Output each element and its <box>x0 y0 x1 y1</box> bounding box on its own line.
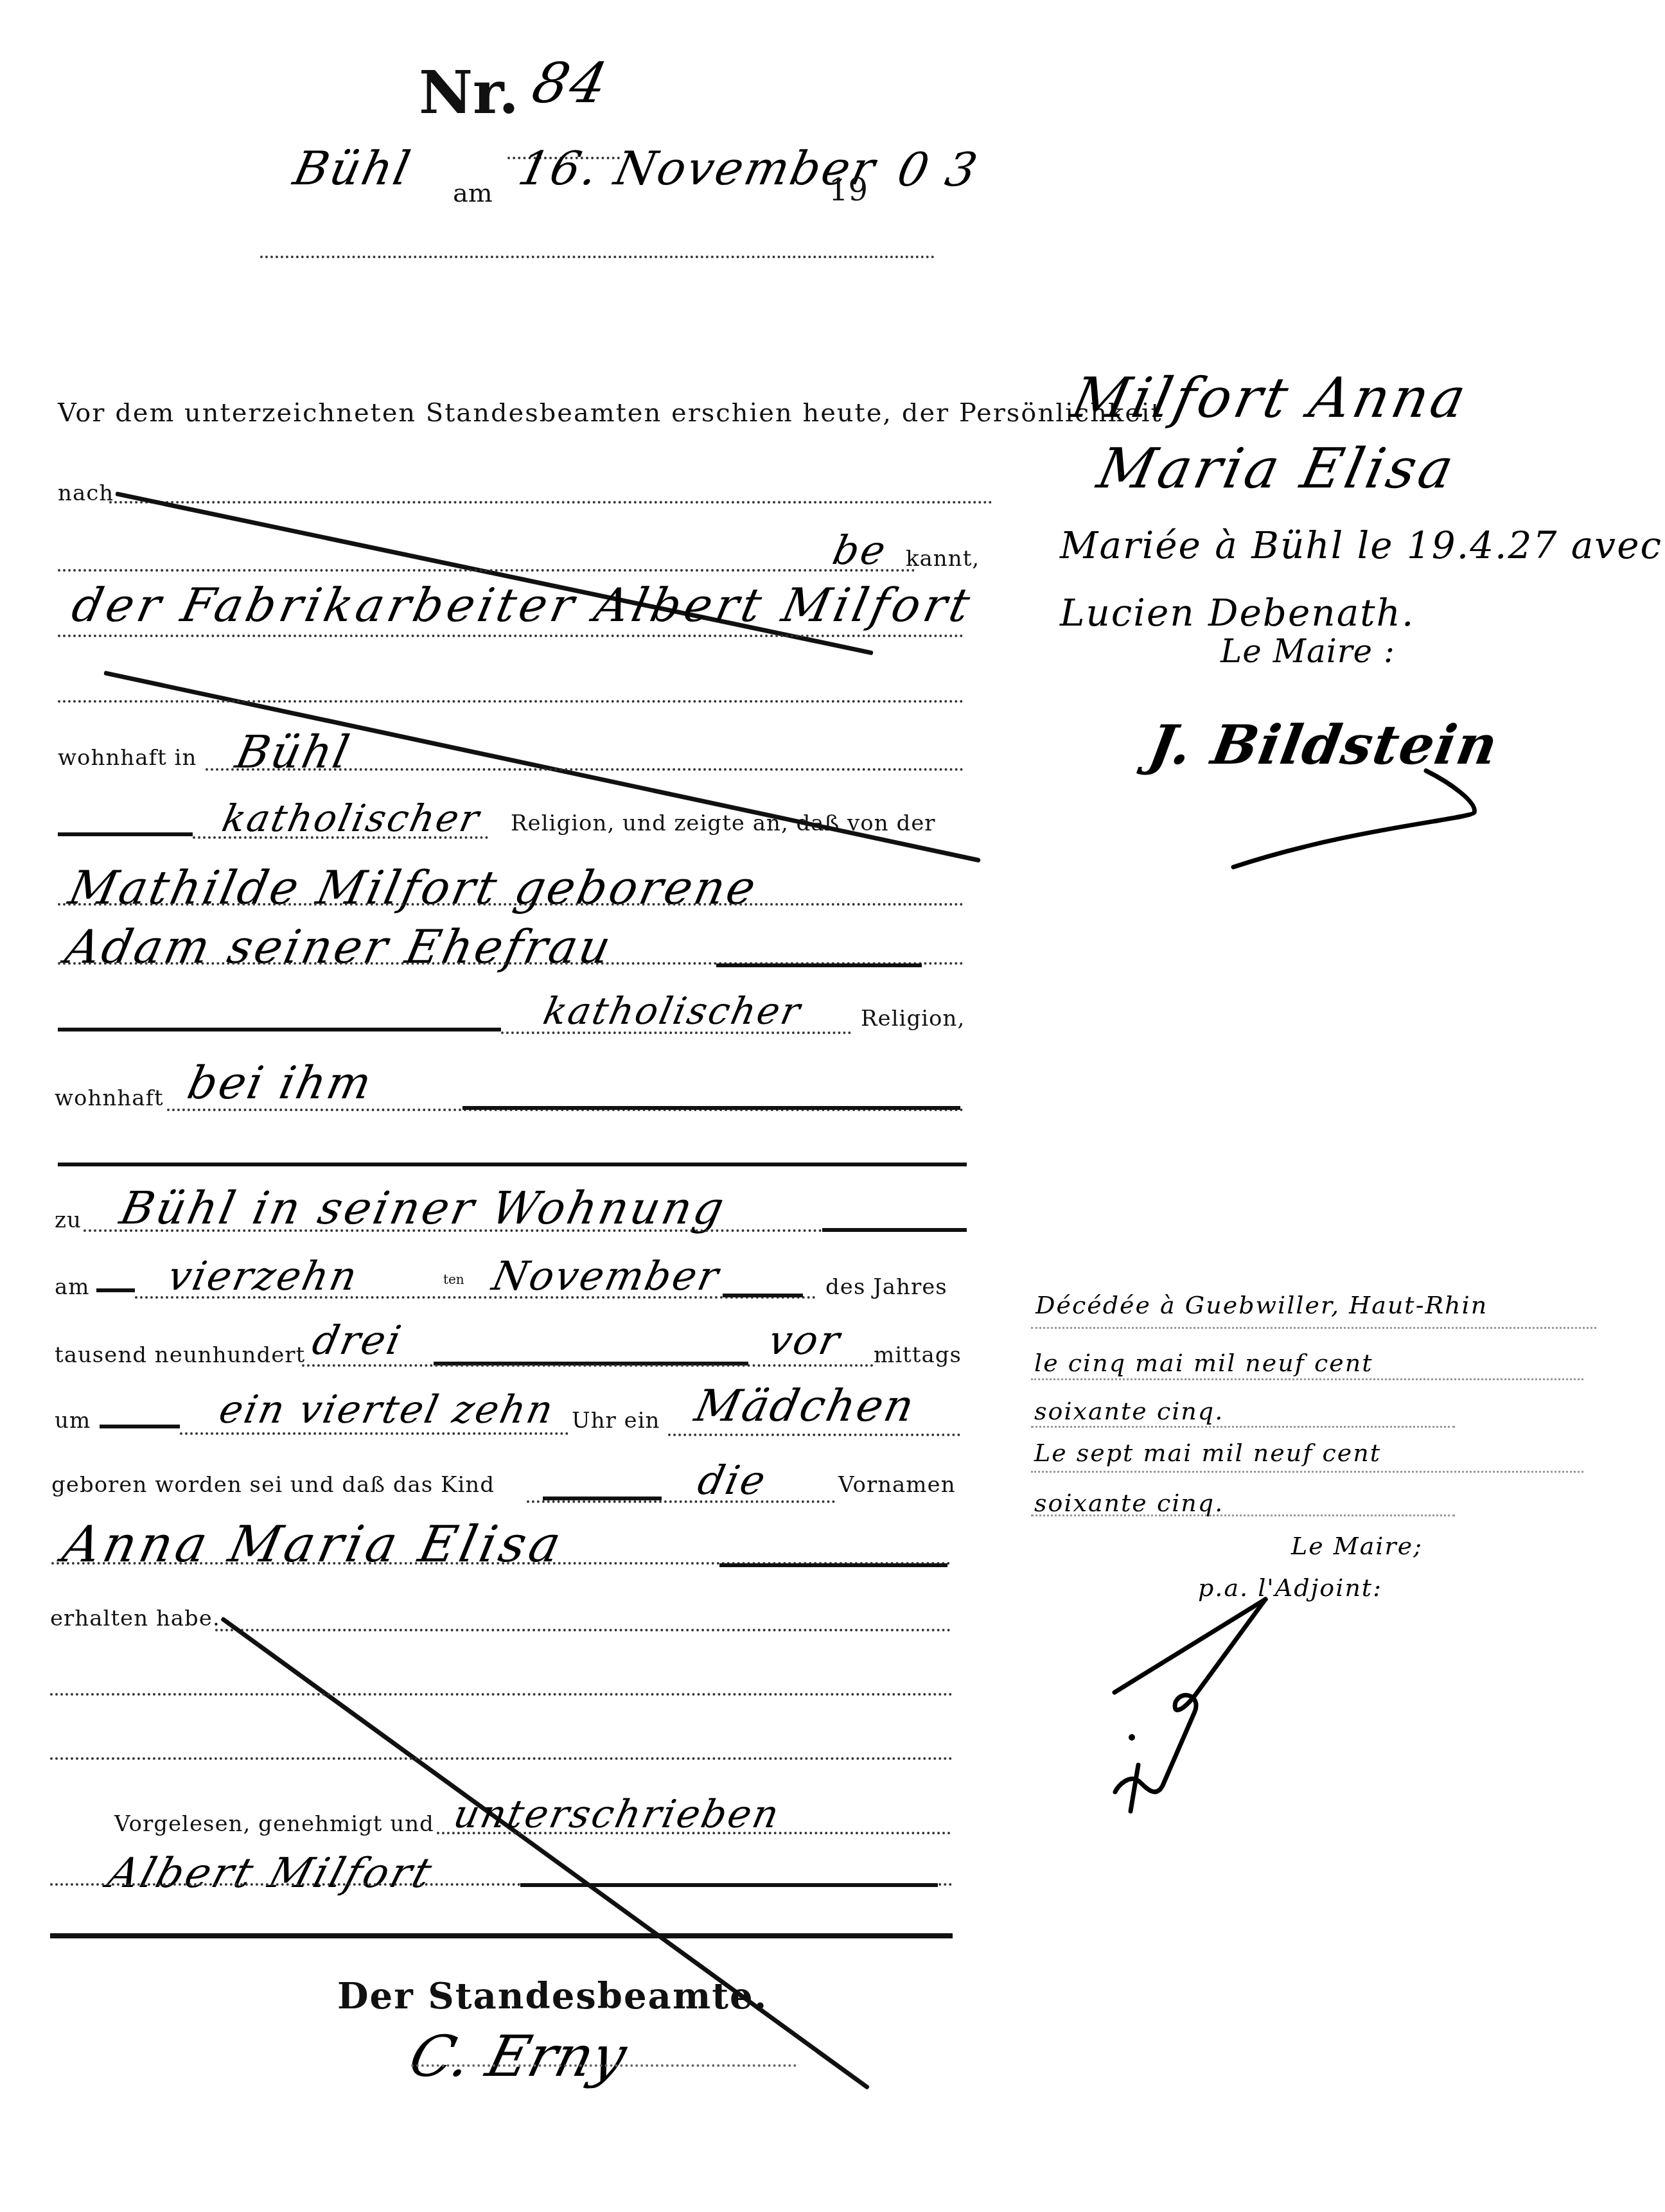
death-line1: Décédée à Guebwiller, Haut-Rhin <box>1035 1291 1488 1319</box>
marriage-signature-flourish <box>1220 758 1542 854</box>
religion1-label: Religion, und zeigte an, daß von der <box>511 811 936 836</box>
des-jahres-label: des Jahres <box>825 1274 947 1300</box>
tausend-label: tausend neunhundert <box>55 1342 305 1368</box>
date-value: 16. November <box>514 141 881 195</box>
religion1-value: katholischer <box>218 796 485 840</box>
death-line2: le cinq mai mil neuf cent <box>1034 1349 1373 1377</box>
nach-label: nach <box>58 480 114 506</box>
time-period-value: vor <box>764 1317 846 1364</box>
date-line <box>260 256 935 258</box>
standesbeamte-signature: C. Erny <box>403 2023 633 2089</box>
wohnhaft-dash <box>463 1106 960 1110</box>
wohnhaft-label: wohnhaft <box>55 1085 164 1111</box>
death-signature <box>1111 1593 1304 1798</box>
religion2-value: katholischer <box>540 989 806 1033</box>
death-line2-line <box>1031 1378 1583 1380</box>
mother-line1-line <box>58 903 964 906</box>
wohnhaft-continuation-line <box>58 1163 967 1166</box>
declarant-signature: Albert Milfort <box>102 1850 439 1897</box>
erhalten-label: erhalten habe. <box>50 1606 220 1631</box>
marriage-line1: Mariée à Bühl le 19.4.27 avec <box>1060 523 1662 567</box>
am-day-value: vierzehn <box>164 1252 363 1299</box>
um-label: um <box>55 1408 91 1434</box>
death-line4-line <box>1031 1471 1583 1473</box>
religion2-label: Religion, <box>861 1006 965 1031</box>
mother-line2: Adam seiner Ehefrau <box>61 920 618 974</box>
geboren-label: geboren worden sei und daß das Kind <box>51 1472 495 1498</box>
um-line <box>180 1432 568 1435</box>
geboren-line <box>527 1500 835 1503</box>
record-number-label: Nr. <box>419 58 519 127</box>
place-value: Bühl <box>289 141 417 195</box>
declarant-signature-dash <box>520 1883 938 1887</box>
wohnhaft-value: bei ihm <box>183 1057 378 1109</box>
erhalten-line <box>215 1629 951 1631</box>
mother-line1: Mathilde Milfort geborene <box>64 861 763 915</box>
margin-name-line1: Milfort Anna <box>1066 366 1474 430</box>
bekannt-label: kannt, <box>906 546 980 572</box>
death-signatory1: Le Maire; <box>1291 1532 1423 1560</box>
blank-line-3 <box>50 1757 953 1760</box>
year-value: drei <box>308 1317 407 1364</box>
um-dash <box>100 1425 180 1428</box>
year-prefix: 19 <box>829 172 868 208</box>
religion2-dash <box>58 1028 501 1031</box>
mittags-label: mittags <box>874 1342 962 1368</box>
mother-line2-dash <box>716 963 922 967</box>
death-line3: soixante cinq. <box>1034 1397 1224 1425</box>
vorgelesen-value: unterschrieben <box>450 1792 784 1837</box>
religion1-dash <box>58 832 193 836</box>
child-names-value: Anna Maria Elisa <box>58 1516 569 1574</box>
am-month-value: November <box>488 1252 725 1299</box>
bekannt-hand: be <box>829 527 892 574</box>
closing-rule <box>50 1933 953 1938</box>
vorgelesen-label: Vorgelesen, genehmigt und <box>114 1811 434 1837</box>
am-label: am <box>55 1274 90 1300</box>
wohnhaft-in-line <box>206 768 964 771</box>
uhr-ein-label: Uhr ein <box>572 1408 660 1434</box>
zu-label: zu <box>55 1207 82 1233</box>
zu-value: Bühl in seiner Wohnung <box>116 1182 731 1234</box>
religion1-line <box>193 836 488 839</box>
ten-label: ten <box>443 1272 464 1287</box>
die-value: die <box>694 1457 771 1504</box>
year-suffix: 0 3 <box>893 143 983 197</box>
record-number-value: 84 <box>527 51 615 116</box>
death-line5: soixante cinq. <box>1034 1489 1224 1517</box>
death-line4: Le sept mai mil neuf cent <box>1034 1439 1381 1467</box>
vorgelesen-line <box>437 1832 951 1834</box>
child-sex-line <box>668 1434 960 1436</box>
declarant-line <box>58 635 964 637</box>
blank-line-2 <box>50 1693 953 1696</box>
intro-line: Vor dem unterzeichneten Standesbeamten e… <box>58 398 1163 428</box>
zu-dash <box>822 1228 967 1232</box>
blank-line-1 <box>58 700 964 703</box>
child-sex-value: Mädchen <box>691 1381 920 1432</box>
am-dash2 <box>723 1294 803 1297</box>
am-line <box>135 1296 816 1299</box>
vornamen-label: Vornamen <box>838 1472 956 1498</box>
wohnhaft-in-label: wohnhaft in <box>58 745 197 771</box>
religion2-line <box>501 1031 851 1034</box>
child-names-dash <box>719 1563 947 1567</box>
death-line1-line <box>1031 1327 1596 1329</box>
date-am-label: am <box>453 179 493 208</box>
standesbeamte-signature-line <box>411 2064 797 2067</box>
death-line5-line <box>1031 1514 1455 1516</box>
nach-line <box>109 501 992 504</box>
marriage-signatory: Le Maire : <box>1220 633 1395 670</box>
marriage-line2: Lucien Debenath. <box>1060 591 1414 635</box>
death-line3-line <box>1031 1426 1455 1428</box>
margin-name-line2: Maria Elisa <box>1092 437 1462 501</box>
um-value: ein viertel zehn <box>215 1387 559 1432</box>
declarant-value: der Fabrikarbeiter Albert Milfort <box>67 578 978 632</box>
tausend-line <box>302 1364 874 1367</box>
standesbeamte-label: Der Standesbeamte. <box>337 1975 768 2017</box>
bekannt-line <box>58 569 915 572</box>
zu-line <box>84 1229 822 1232</box>
am-dash <box>96 1288 135 1292</box>
